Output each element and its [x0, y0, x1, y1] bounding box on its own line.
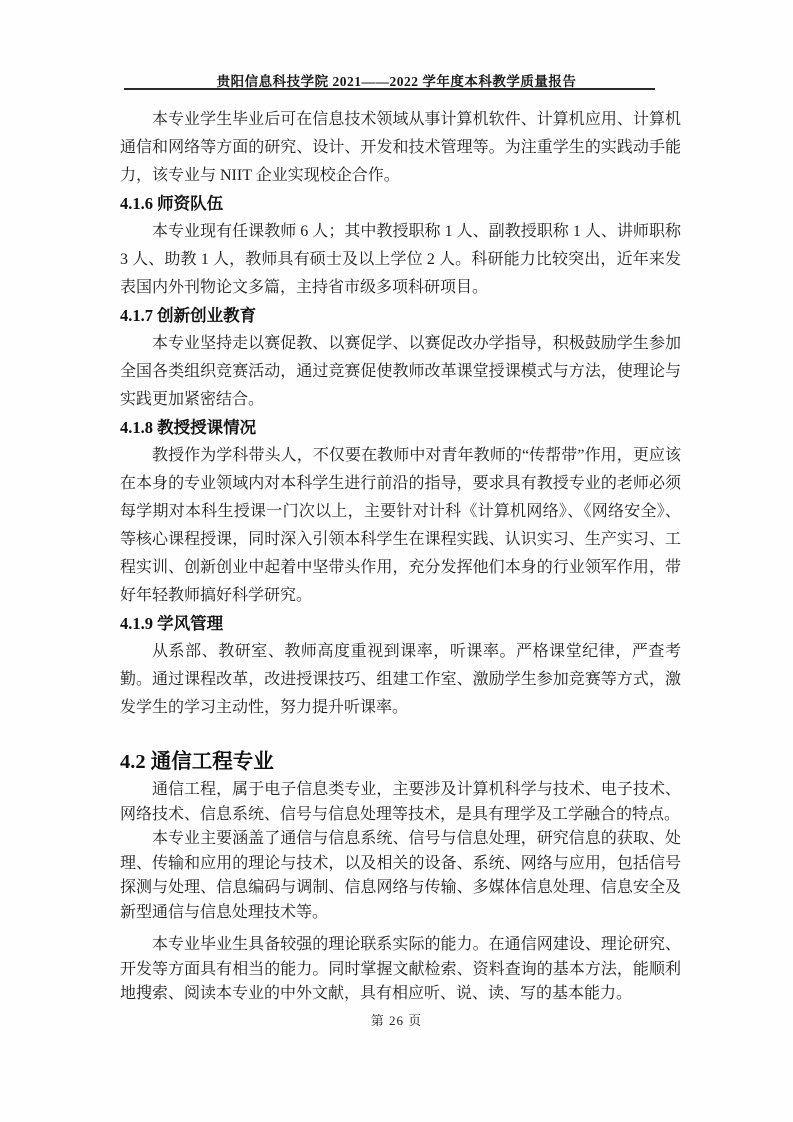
document-page: 贵阳信息科技学院 2021——2022 学年度本科教学质量报告 本专业学生毕业后… — [0, 0, 793, 1122]
paragraph-4-2-1: 通信工程，属于电子信息类专业，主要涉及计算机科学与技术、电子技术、网络技术、信息… — [120, 778, 681, 827]
paragraph-4-2-2: 本专业主要涵盖了通信与信息系统、信号与信息处理，研究信息的获取、处理、传输和应用… — [120, 827, 681, 925]
heading-4-1-7: 4.1.7 创新创业教育 — [120, 302, 681, 330]
running-header-title: 贵阳信息科技学院 2021——2022 学年度本科教学质量报告 — [0, 70, 793, 90]
heading-4-1-9: 4.1.9 学风管理 — [120, 610, 681, 638]
paragraph-4-1-7: 本专业坚持走以赛促教、以赛促学、以赛促改办学指导，积极鼓励学生参加全国各类组织竞… — [120, 330, 681, 414]
heading-4-1-8: 4.1.8 教授授课情况 — [120, 414, 681, 442]
header-rule — [124, 88, 655, 90]
intro-paragraph: 本专业学生毕业后可在信息技术领域从事计算机软件、计算机应用、计算机通信和网络等方… — [120, 106, 681, 190]
heading-4-1-6: 4.1.6 师资队伍 — [120, 190, 681, 218]
heading-4-2: 4.2 通信工程专业 — [120, 746, 681, 778]
paragraph-4-2-3: 本专业毕业生具备较强的理论联系实际的能力。在通信网建设、理论研究、开发等方面具有… — [120, 933, 681, 1007]
document-body: 本专业学生毕业后可在信息技术领域从事计算机软件、计算机应用、计算机通信和网络等方… — [120, 106, 681, 1007]
paragraph-4-1-6: 本专业现有任课教师 6 人；其中教授职称 1 人、副教授职称 1 人、讲师职称 … — [120, 218, 681, 302]
page-number: 第 26 页 — [0, 1010, 793, 1029]
paragraph-4-1-8: 教授作为学科带头人，不仅要在教师中对青年教师的“传帮带”作用，更应该在本身的专业… — [120, 442, 681, 610]
paragraph-4-1-9: 从系部、教研室、教师高度重视到课率，听课率。严格课堂纪律，严查考勤。通过课程改革… — [120, 638, 681, 722]
